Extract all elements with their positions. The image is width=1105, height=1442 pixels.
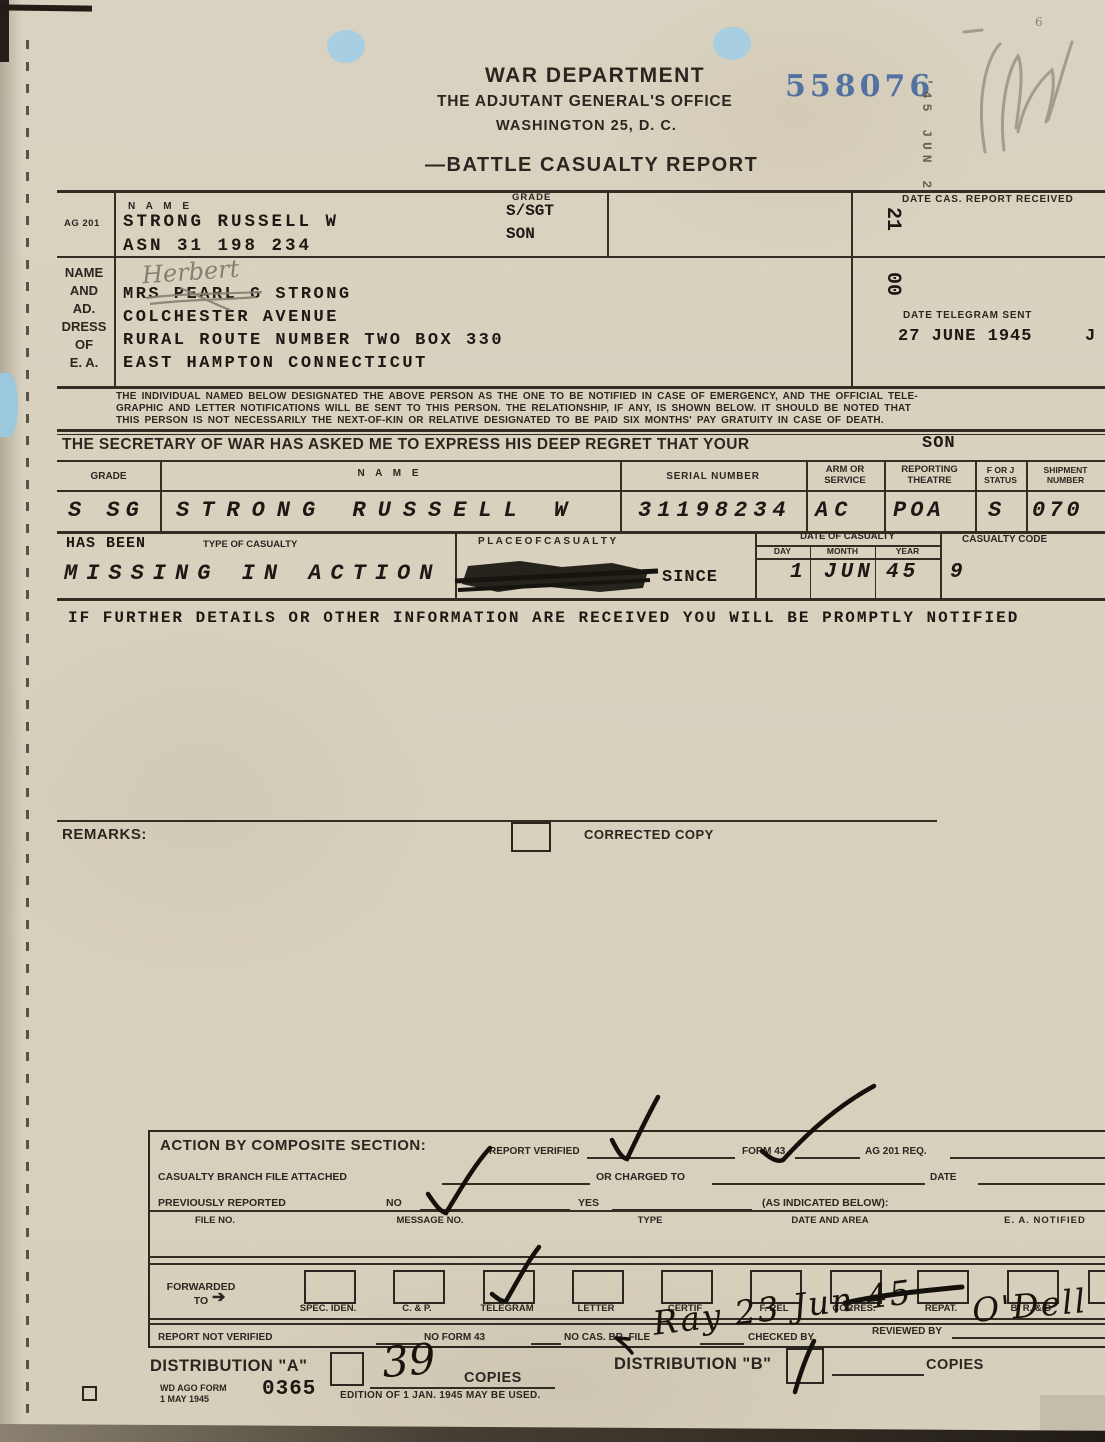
yes-label: YES bbox=[578, 1198, 599, 1210]
place-of-casualty-header: P L A C E O F C A S U A L T Y bbox=[478, 536, 616, 547]
letter-label: LETTER bbox=[548, 1304, 644, 1315]
shipment-value-typed: 070 bbox=[1032, 499, 1084, 524]
serial-value-typed: 31198234 bbox=[638, 499, 792, 524]
copies-b-label: COPIES bbox=[926, 1357, 984, 1373]
notice-line-2: GRAPHIC AND LETTER NOTIFICATIONS WILL BE… bbox=[116, 403, 911, 414]
casualty-name-typed: STRONG RUSSELL W bbox=[123, 213, 339, 233]
spec-iden-checkbox bbox=[304, 1270, 356, 1304]
col-header-serial: SERIAL NUMBER bbox=[620, 471, 806, 482]
handwritten-copies-count: 39 bbox=[380, 1334, 438, 1387]
notice-line-1: THE INDIVIDUAL NAMED BELOW DESIGNATED TH… bbox=[116, 391, 918, 402]
report-verified-label: REPORT VERIFIED bbox=[489, 1146, 580, 1157]
remarks-label: REMARKS: bbox=[62, 827, 147, 844]
action-section-title: ACTION BY COMPOSITE SECTION: bbox=[160, 1138, 426, 1155]
report-not-verified-label: REPORT NOT VERIFIED bbox=[158, 1332, 272, 1343]
bottom-page-edge bbox=[0, 1424, 1105, 1442]
ea-address-line-3: RURAL ROUTE NUMBER TWO BOX 330 bbox=[123, 331, 504, 350]
c-and-p-checkbox bbox=[393, 1270, 445, 1304]
type-of-casualty-header: TYPE OF CASUALTY bbox=[203, 540, 297, 551]
adjutant-office-line: THE ADJUTANT GENERAL'S OFFICE bbox=[437, 93, 733, 110]
date-of-casualty-header: DATE OF CASUALTY bbox=[755, 532, 940, 543]
ea-address-line-2: COLCHESTER AVENUE bbox=[123, 308, 339, 327]
date-label: DATE bbox=[930, 1172, 956, 1183]
further-details-typed: IF FURTHER DETAILS OR OTHER INFORMATION … bbox=[68, 610, 1019, 628]
telegram-checkbox bbox=[483, 1270, 535, 1304]
date-and-area-header: DATE AND AREA bbox=[770, 1216, 890, 1227]
forwarded-arrow-icon: ➔ bbox=[212, 1289, 225, 1307]
checked-by-label: CHECKED BY bbox=[748, 1332, 814, 1343]
washington-line: WASHINGTON 25, D. C. bbox=[496, 118, 677, 134]
date-telegram-header: DATE TELEGRAM SENT bbox=[903, 310, 1032, 321]
message-no-header: MESSAGE NO. bbox=[370, 1216, 490, 1227]
month-header: MONTH bbox=[810, 547, 875, 557]
previously-reported-label: PREVIOUSLY REPORTED bbox=[158, 1198, 286, 1210]
file-no-header: FILE NO. bbox=[165, 1216, 265, 1227]
day-header: DAY bbox=[755, 547, 810, 557]
casualty-branch-file-label: CASUALTY BRANCH FILE ATTACHED bbox=[158, 1172, 347, 1184]
type-of-casualty-typed: MISSING IN ACTION bbox=[64, 562, 441, 587]
corrected-copy-checkbox bbox=[511, 822, 551, 852]
code-value-typed: 9 bbox=[950, 561, 963, 585]
regret-relation-typed: SON bbox=[922, 434, 956, 453]
hole-punch-right bbox=[713, 27, 751, 60]
asn-typed: ASN 31 198 234 bbox=[123, 237, 312, 257]
war-department-title: WAR DEPARTMENT bbox=[485, 64, 705, 88]
col-header-name: N A M E bbox=[160, 468, 620, 479]
name-column-header: N A M E bbox=[128, 201, 193, 212]
edge-checkbox bbox=[1088, 1270, 1105, 1304]
form-date-label: 1 MAY 1945 bbox=[160, 1394, 209, 1404]
place-of-casualty-blot bbox=[455, 561, 658, 592]
secretary-regret-line: THE SECRETARY OF WAR HAS ASKED ME TO EXP… bbox=[62, 436, 749, 453]
telegram-label: TELEGRAM bbox=[459, 1304, 555, 1315]
name-value-typed: STRONG RUSSELL W bbox=[176, 499, 579, 524]
as-indicated-label: (AS INDICATED BELOW): bbox=[762, 1198, 888, 1210]
letter-checkbox bbox=[572, 1270, 624, 1304]
wd-ago-form-label: WD AGO FORM bbox=[160, 1383, 227, 1393]
blue-tape-patch bbox=[0, 373, 18, 437]
edition-note: EDITION OF 1 JAN. 1945 MAY BE USED. bbox=[340, 1390, 541, 1401]
ag-201-req-label: AG 201 REQ. bbox=[865, 1146, 927, 1157]
grade-typed: S/SGT bbox=[506, 203, 554, 221]
distribution-b-label: DISTRIBUTION "B" bbox=[614, 1355, 771, 1373]
action-section-box bbox=[148, 1130, 1105, 1348]
telegram-value-rotated: 00 bbox=[881, 272, 903, 296]
has-been-typed: HAS BEEN bbox=[66, 536, 146, 553]
ag-file-label: AG 201 bbox=[64, 219, 100, 230]
no-cas-br-file-label: NO CAS. BR. FILE bbox=[564, 1332, 650, 1343]
date-cas-value-rotated: 21 bbox=[881, 207, 903, 231]
date-cas-report-header: DATE CAS. REPORT RECEIVED bbox=[902, 194, 1074, 205]
arm-value-typed: AC bbox=[815, 499, 853, 524]
distribution-a-label: DISTRIBUTION "A" bbox=[150, 1357, 307, 1375]
grade-value-typed: S SG bbox=[68, 499, 145, 524]
ea-address-line-4: EAST HAMPTON CONNECTICUT bbox=[123, 354, 428, 373]
casualty-code-header: CASUALTY CODE bbox=[962, 534, 1047, 545]
pencil-scribble bbox=[964, 30, 1072, 152]
c-and-p-label: C. & P. bbox=[369, 1304, 465, 1315]
relation-typed: SON bbox=[506, 226, 535, 244]
col-header-shipment: SHIPMENT NUMBER bbox=[1026, 465, 1105, 485]
status-value-typed: S bbox=[988, 499, 1001, 524]
or-charged-to-label: OR CHARGED TO bbox=[596, 1172, 685, 1184]
top-scan-edge bbox=[0, 4, 92, 11]
col-header-theatre: REPORTING THEATRE bbox=[884, 464, 975, 486]
pencil-corner-mark: 6 bbox=[1035, 16, 1043, 29]
document-number-stamp: 558076 bbox=[785, 70, 934, 104]
no-label: NO bbox=[386, 1198, 402, 1210]
distribution-b-checkbox bbox=[786, 1348, 824, 1384]
battle-casualty-report-scan: WAR DEPARTMENT THE ADJUTANT GENERAL'S OF… bbox=[0, 0, 1105, 1442]
repat-checkbox bbox=[917, 1270, 969, 1304]
col-header-status: F OR J STATUS bbox=[975, 465, 1026, 485]
form-number: 0365 bbox=[262, 1378, 316, 1402]
copies-a-label: COPIES bbox=[464, 1370, 522, 1386]
left-stitch-marks bbox=[26, 40, 29, 1425]
theatre-value-typed: POA bbox=[893, 499, 945, 524]
year-header: YEAR bbox=[875, 547, 940, 557]
received-date-stamp-vertical: '45 JUN 2 bbox=[918, 78, 933, 193]
year-value-typed: 45 bbox=[886, 561, 919, 585]
since-typed: SINCE bbox=[662, 568, 718, 587]
hole-punch-left bbox=[327, 30, 365, 63]
col-header-arm: ARM OR SERVICE bbox=[806, 464, 884, 486]
reviewed-by-label: REVIEWED BY bbox=[872, 1326, 942, 1337]
date-telegram-fragment: J bbox=[1085, 327, 1095, 346]
ea-address-line-1: MRS PEARL G STRONG bbox=[123, 285, 352, 304]
day-value-typed: 1 bbox=[790, 561, 803, 585]
forwarded-to-label: FORWARDED TO bbox=[156, 1280, 246, 1308]
ea-address-label: NAME AND AD. DRESS OF E. A. bbox=[56, 264, 112, 372]
ea-notified-header: E. A. NOTIFIED bbox=[985, 1216, 1105, 1227]
left-edge-shade bbox=[0, 0, 22, 1442]
form-title: —BATTLE CASUALTY REPORT bbox=[425, 154, 758, 176]
date-telegram-typed: 27 JUNE 1945 bbox=[898, 327, 1032, 346]
spec-iden-label: SPEC. IDEN. bbox=[280, 1304, 376, 1315]
form-43-label: FORM 43 bbox=[742, 1146, 785, 1157]
registration-mark bbox=[82, 1386, 97, 1401]
corrected-copy-label: CORRECTED COPY bbox=[584, 828, 714, 843]
notice-line-3: THIS PERSON IS NOT NECESSARILY THE NEXT-… bbox=[116, 415, 884, 426]
month-value-typed: JUN bbox=[824, 561, 874, 585]
type-header: TYPE bbox=[600, 1216, 700, 1227]
col-header-grade: GRADE bbox=[57, 471, 160, 482]
distribution-a-checkbox bbox=[330, 1352, 364, 1386]
